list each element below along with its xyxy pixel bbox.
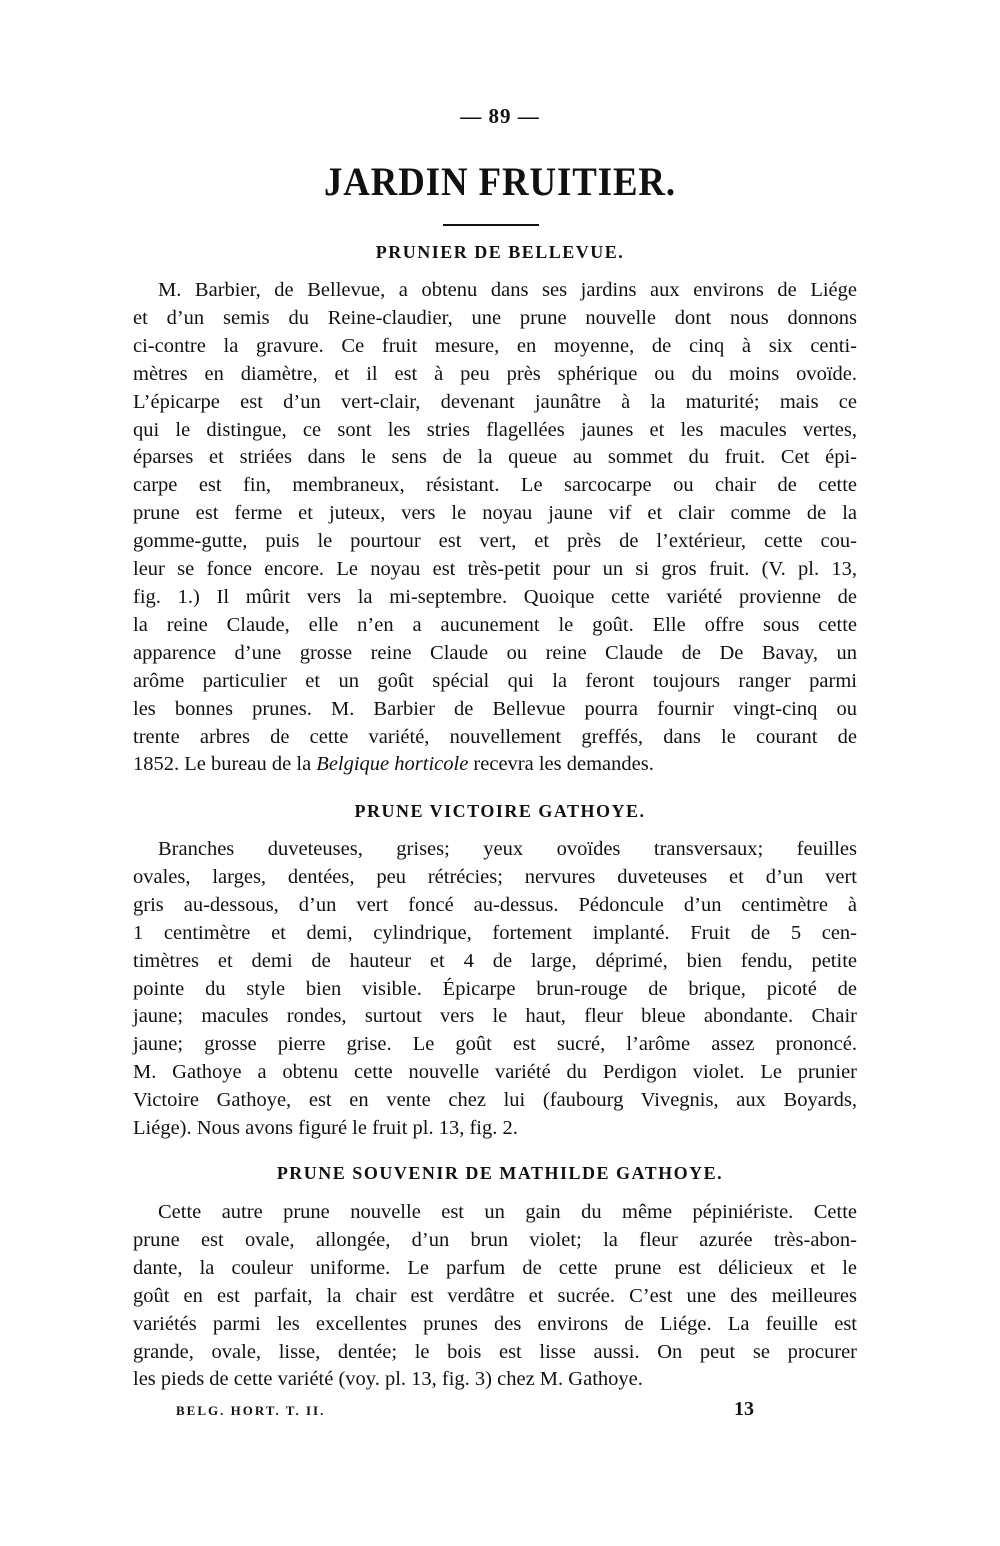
text-line: dante, la couleur uniforme. Le parfum de… bbox=[133, 1255, 857, 1283]
title-divider bbox=[443, 224, 539, 226]
text-line: Victoire Gathoye, est en vente chez lui … bbox=[133, 1087, 857, 1115]
text-line: et d’un semis du Reine-claudier, une pru… bbox=[133, 305, 857, 333]
text-line: jaune; macules rondes, surtout vers le h… bbox=[133, 1003, 857, 1031]
text-line: L’épicarpe est d’un vert-clair, devenant… bbox=[133, 389, 857, 417]
text-line: ci-contre la gravure. Ce fruit mesure, e… bbox=[133, 333, 857, 361]
text-line: ovales, larges, dentées, peu rétrécies; … bbox=[133, 864, 857, 892]
text-line: Branches duveteuses, grises; yeux ovoïde… bbox=[133, 836, 857, 864]
paragraph-prune-souvenir-de-mathilde-gathoye: Cette autre prune nouvelle est un gain d… bbox=[133, 1199, 857, 1394]
text-line: variétés parmi les excellentes prunes de… bbox=[133, 1311, 857, 1339]
text-line: qui le distingue, ce sont les stries fla… bbox=[133, 417, 857, 445]
text-line: gomme-gutte, puis le pourtour est vert, … bbox=[133, 528, 857, 556]
text-line: éparses et striées dans le sens de la qu… bbox=[133, 444, 857, 472]
footer-signature: BELG. HORT. T. II. bbox=[176, 1403, 325, 1419]
text-line: timètres et demi de hauteur et 4 de larg… bbox=[133, 948, 857, 976]
text-line: trente arbres de cette variété, nouvelle… bbox=[133, 724, 857, 752]
text-line: prune est ferme et juteux, vers le noyau… bbox=[133, 500, 857, 528]
text-line: goût en est parfait, la chair est verdât… bbox=[133, 1283, 857, 1311]
page-number: — 89 — bbox=[0, 104, 1000, 129]
text-line: jaune; grosse pierre grise. Le goût est … bbox=[133, 1031, 857, 1059]
text-line: leur se fonce encore. Le noyau est très-… bbox=[133, 556, 857, 584]
page-title: JARDIN FRUITIER. bbox=[40, 158, 960, 205]
paragraph-prunier-de-bellevue: M. Barbier, de Bellevue, a obtenu dans s… bbox=[133, 277, 857, 779]
text-line: M. Barbier, de Bellevue, a obtenu dans s… bbox=[133, 277, 857, 305]
text-line: pointe du style bien visible. Épicarpe b… bbox=[133, 976, 857, 1004]
section-heading-prune-souvenir-de-mathilde-gathoye: PRUNE SOUVENIR DE MATHILDE GATHOYE. bbox=[0, 1163, 1000, 1184]
text-line: carpe est fin, membraneux, résistant. Le… bbox=[133, 472, 857, 500]
text-line: 1852. Le bureau de la Belgique horticole… bbox=[133, 751, 857, 779]
text-line: fig. 1.) Il mûrit vers la mi-septembre. … bbox=[133, 584, 857, 612]
paragraph-prune-victoire-gathoye: Branches duveteuses, grises; yeux ovoïde… bbox=[133, 836, 857, 1143]
text-line: M. Gathoye a obtenu cette nouvelle varié… bbox=[133, 1059, 857, 1087]
section-heading-prune-victoire-gathoye: PRUNE VICTOIRE GATHOYE. bbox=[0, 801, 1000, 822]
text-line: gris au-dessous, d’un vert foncé au-dess… bbox=[133, 892, 857, 920]
text-fragment: recevra les demandes. bbox=[468, 753, 654, 775]
text-line: Cette autre prune nouvelle est un gain d… bbox=[133, 1199, 857, 1227]
document-page: — 89 — JARDIN FRUITIER. PRUNIER DE BELLE… bbox=[0, 0, 1000, 1546]
text-line: Liége). Nous avons figuré le fruit pl. 1… bbox=[133, 1115, 857, 1143]
text-line: prune est ovale, allongée, d’un brun vio… bbox=[133, 1227, 857, 1255]
text-fragment: 1852. Le bureau de la bbox=[133, 753, 316, 775]
text-line: la reine Claude, elle n’en a aucunement … bbox=[133, 612, 857, 640]
footer-sheet-number: 13 bbox=[734, 1398, 754, 1421]
text-line: les pieds de cette variété (voy. pl. 13,… bbox=[133, 1366, 857, 1394]
text-line: 1 centimètre et demi, cylindrique, forte… bbox=[133, 920, 857, 948]
text-line: arôme particulier et un goût spécial qui… bbox=[133, 668, 857, 696]
section-heading-prunier-de-bellevue: PRUNIER DE BELLEVUE. bbox=[0, 242, 1000, 263]
journal-title: Belgique horticole bbox=[316, 753, 468, 775]
text-line: mètres en diamètre, et il est à peu près… bbox=[133, 361, 857, 389]
text-line: apparence d’une grosse reine Claude ou r… bbox=[133, 640, 857, 668]
text-line: grande, ovale, lisse, dentée; le bois es… bbox=[133, 1339, 857, 1367]
text-line: les bonnes prunes. M. Barbier de Bellevu… bbox=[133, 696, 857, 724]
